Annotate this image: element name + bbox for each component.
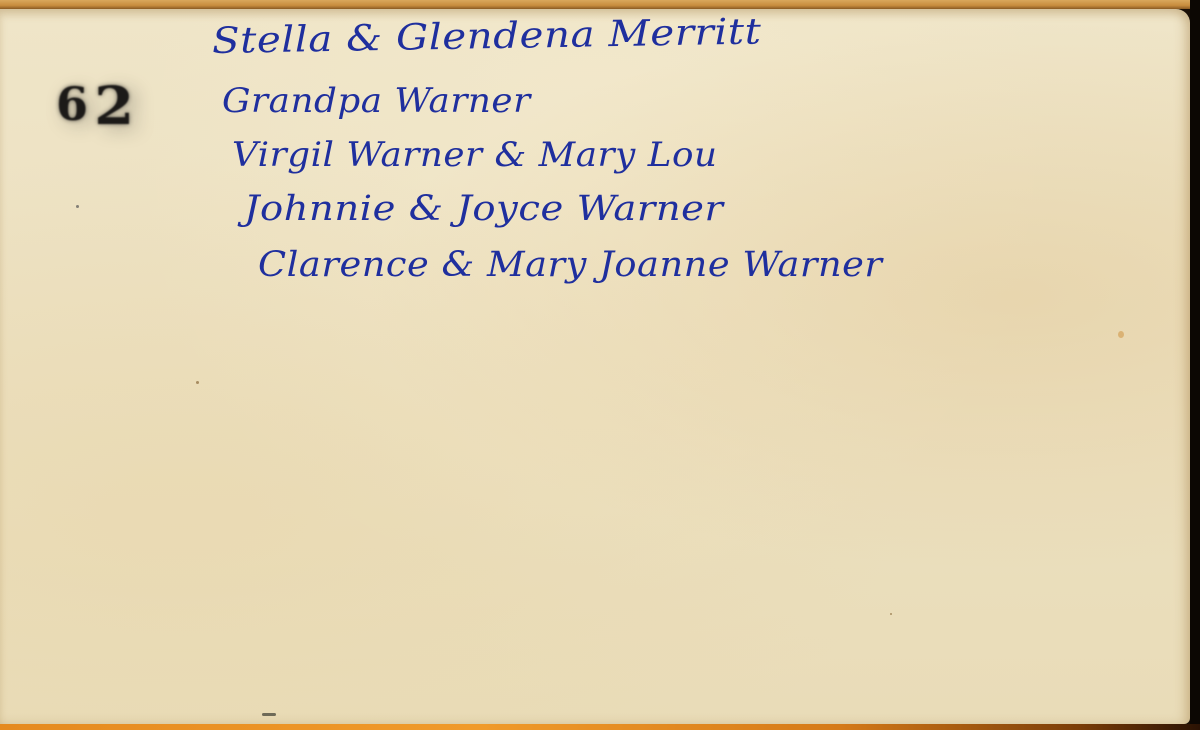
photo-bottom-edge (0, 724, 1200, 730)
stamp-digit-1: 6 (56, 81, 88, 127)
name-line-1: Stella & Glendena Merritt (212, 11, 762, 62)
name-line-5: Clarence & Mary Joanne Warner (258, 245, 883, 285)
paper-speck (890, 613, 892, 615)
name-line-4: Johnnie & Joyce Warner (244, 189, 723, 229)
paper-mark (262, 713, 276, 716)
name-line-2: Grandpa Warner (222, 81, 531, 121)
stamped-number: 6 2 (56, 75, 132, 127)
photo-right-edge (1190, 0, 1200, 730)
name-line-3: Virgil Warner & Mary Lou (232, 135, 717, 175)
paper-speck (196, 381, 199, 384)
photo-top-edge (0, 0, 1200, 9)
paper-stain (1118, 331, 1124, 338)
photo-back-card: 6 2 Stella & Glendena Merritt Grandpa Wa… (0, 9, 1190, 724)
paper-speck (76, 205, 79, 208)
stamp-digit-2: 2 (94, 81, 134, 133)
